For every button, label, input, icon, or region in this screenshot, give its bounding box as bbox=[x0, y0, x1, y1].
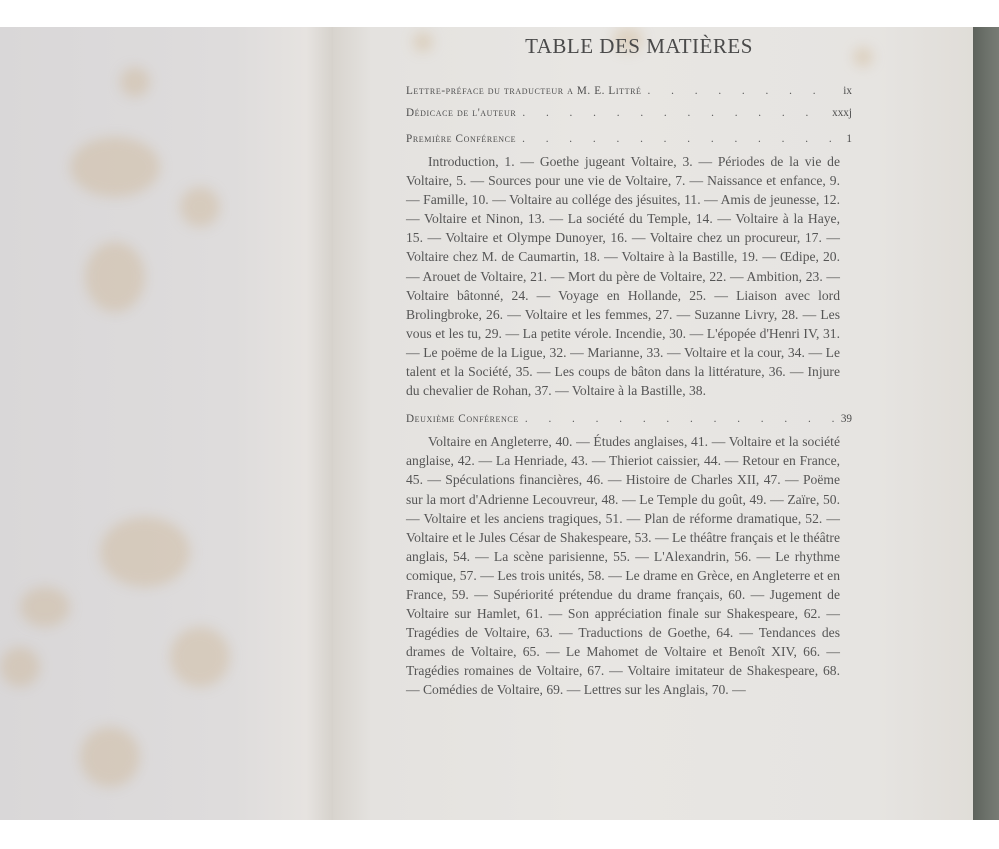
toc-entry-label: Première Conférence bbox=[406, 128, 516, 150]
table-of-contents: TABLE DES MATIÈRES Lettre-préface du tra… bbox=[406, 32, 852, 708]
foxing-stain bbox=[20, 587, 70, 627]
foxing-stain bbox=[120, 67, 150, 97]
leader-dots: . . . . . . . . . . bbox=[648, 80, 838, 102]
chapter-summary: Voltaire en Angleterre, 40. — Études ang… bbox=[406, 432, 840, 699]
toc-entry: Première Conférence . . . . . . . . . . … bbox=[406, 128, 852, 150]
book-cover-edge bbox=[973, 27, 999, 820]
toc-entry: Deuxième Conférence . . . . . . . . . . … bbox=[406, 408, 852, 430]
foxing-stain bbox=[85, 242, 145, 312]
toc-entry-label: Lettre-préface du traducteur a M. E. Lit… bbox=[406, 80, 642, 102]
foxing-stain bbox=[70, 137, 160, 197]
foxing-stain bbox=[0, 647, 40, 687]
foxing-stain bbox=[100, 517, 190, 587]
leader-dots: . . . . . . . . . . . . . . . . . . . . … bbox=[522, 102, 826, 124]
leader-dots: . . . . . . . . . . . . . . . . . . . . … bbox=[522, 128, 840, 150]
toc-entry-page: ix bbox=[843, 80, 852, 102]
foxing-stain bbox=[80, 727, 140, 787]
toc-entry-page: 1 bbox=[846, 128, 852, 150]
toc-entry-page: xxxj bbox=[832, 102, 852, 124]
left-page bbox=[0, 27, 333, 820]
foxing-stain bbox=[853, 47, 873, 67]
chapter-summary: Introduction, 1. — Goethe jugeant Voltai… bbox=[406, 152, 840, 400]
toc-entry: Dédicace de l'auteur . . . . . . . . . .… bbox=[406, 102, 852, 124]
toc-entry-label: Deuxième Conférence bbox=[406, 408, 519, 430]
leader-dots: . . . . . . . . . . . . . . . . . . . . … bbox=[525, 408, 835, 430]
page-title: TABLE DES MATIÈRES bbox=[426, 32, 852, 80]
toc-entry: Lettre-préface du traducteur a M. E. Lit… bbox=[406, 80, 852, 102]
toc-entry-label: Dédicace de l'auteur bbox=[406, 102, 516, 124]
foxing-stain bbox=[180, 187, 220, 227]
toc-entry-page: 39 bbox=[841, 408, 852, 430]
foxing-stain bbox=[170, 627, 230, 687]
